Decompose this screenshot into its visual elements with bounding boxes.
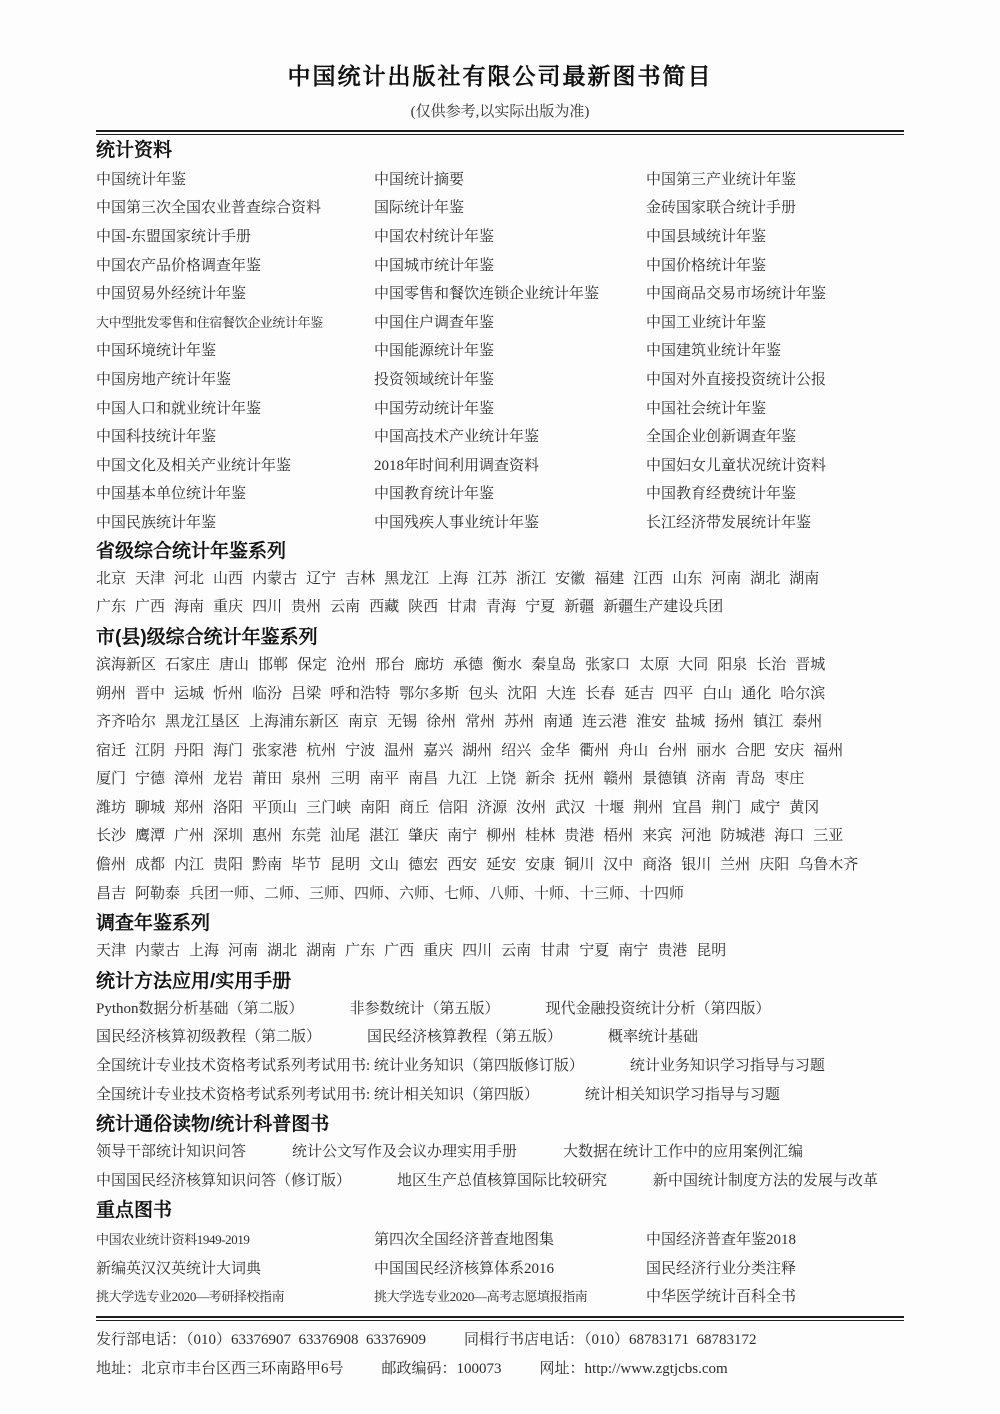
book-title: 中国妇女儿童状况统计资料 — [646, 454, 904, 475]
book-title: 中国农产品价格调查年鉴 — [96, 254, 374, 275]
region-name: 长治 — [756, 651, 786, 680]
book-line: Python数据分析基础（第二版）非参数统计（第五版）现代金融投资统计分析（第四… — [96, 995, 904, 1024]
book-title: 中国县域统计年鉴 — [646, 225, 904, 246]
region-name: 广州 — [174, 822, 204, 851]
region-name: 海南 — [174, 593, 204, 622]
region-name: 泉州 — [291, 765, 321, 794]
book-row: 中国第三次全国农业普查综合资料国际统计年鉴金砖国家联合统计手册 — [96, 193, 904, 222]
region-name: 徐州 — [426, 708, 456, 737]
region-name: 吉林 — [345, 565, 375, 594]
region-name: 泰州 — [792, 708, 822, 737]
region-name: 宁波 — [345, 737, 375, 766]
book-title: 新中国统计制度方法的发展与改革 — [653, 1167, 878, 1196]
region-name: 常州 — [465, 708, 495, 737]
region-name: 枣庄 — [774, 765, 804, 794]
region-name: 石家庄 — [165, 651, 210, 680]
region-name: 防城港 — [720, 822, 765, 851]
region-name: 鄂尔多斯 — [399, 680, 459, 709]
section-heading: 重点图书 — [96, 1197, 904, 1224]
region-line: 昌吉阿勒泰兵团一师、二师、三师、四师、六师、七师、八师、十师、十三师、十四师 — [96, 880, 904, 909]
region-name: 贵州 — [291, 593, 321, 622]
region-name: 宁德 — [135, 765, 165, 794]
book-title: 长江经济带发展统计年鉴 — [646, 511, 904, 532]
region-line: 广东广西海南重庆四川贵州云南西藏陕西甘肃青海宁夏新疆新疆生产建设兵团 — [96, 593, 904, 622]
region-name: 信阳 — [438, 794, 468, 823]
region-name: 台州 — [657, 737, 687, 766]
book-row: 中国环境统计年鉴中国能源统计年鉴中国建筑业统计年鉴 — [96, 336, 904, 365]
book-title: 中国教育统计年鉴 — [374, 482, 646, 503]
region-name: 黔南 — [252, 851, 282, 880]
book-title: 全国统计专业技术资格考试系列考试用书: 统计业务知识（第四版修订版） — [96, 1052, 584, 1081]
region-line: 滨海新区石家庄唐山邯郸保定沧州邢台廊坊承德衡水秦皇岛张家口太原大同阳泉长治晋城 — [96, 651, 904, 680]
region-name: 阿勒泰 — [135, 880, 180, 909]
book-title: 中国高技术产业统计年鉴 — [374, 425, 646, 446]
book-title: 中国-东盟国家统计手册 — [96, 225, 374, 246]
book-title: 中国社会统计年鉴 — [646, 397, 904, 418]
book-row: 中国-东盟国家统计手册中国农村统计年鉴中国县域统计年鉴 — [96, 221, 904, 250]
book-title: 挑大学选专业2020—考研择校指南 — [96, 1286, 374, 1305]
region-name: 无锡 — [387, 708, 417, 737]
region-name: 来宾 — [642, 822, 672, 851]
region-name: 滨海新区 — [96, 651, 156, 680]
region-name: 三明 — [330, 765, 360, 794]
section-heading: 省级综合统计年鉴系列 — [96, 538, 904, 565]
region-line: 北京天津河北山西内蒙古辽宁吉林黑龙江上海江苏浙江安徽福建江西山东河南湖北湖南 — [96, 565, 904, 594]
region-name: 齐齐哈尔 — [96, 708, 156, 737]
region-name: 邢台 — [375, 651, 405, 680]
book-line: 中国国民经济核算知识问答（修订版）地区生产总值核算国际比较研究新中国统计制度方法… — [96, 1167, 904, 1196]
region-name: 承德 — [453, 651, 483, 680]
region-name: 贵港 — [564, 822, 594, 851]
section-heading: 统计通俗读物/统计科普图书 — [96, 1111, 904, 1138]
region-name: 上饶 — [486, 765, 516, 794]
region-name: 内江 — [174, 851, 204, 880]
region-name: 西安 — [447, 851, 477, 880]
region-name: 青海 — [486, 593, 516, 622]
footer: 发行部电话：（010）63376907 63376908 63376909同楫行… — [96, 1321, 904, 1383]
region-name: 上海浦东新区 — [249, 708, 339, 737]
region-name: 镇江 — [753, 708, 783, 737]
section-heading: 调查年鉴系列 — [96, 910, 904, 937]
region-name: 昆明 — [696, 937, 726, 966]
region-name: 成都 — [135, 851, 165, 880]
region-name: 衢州 — [579, 737, 609, 766]
region-name: 莆田 — [252, 765, 282, 794]
region-name: 云南 — [501, 937, 531, 966]
region-name: 黑龙江 — [384, 565, 429, 594]
region-name: 黑龙江垦区 — [165, 708, 240, 737]
region-name: 丹阳 — [174, 737, 204, 766]
book-title: Python数据分析基础（第二版） — [96, 995, 304, 1024]
region-name: 张家港 — [252, 737, 297, 766]
book-title: 中国第三次全国农业普查综合资料 — [96, 196, 374, 217]
region-line: 齐齐哈尔黑龙江垦区上海浦东新区南京无锡徐州常州苏州南通连云港淮安盐城扬州镇江泰州 — [96, 708, 904, 737]
book-title: 国民经济行业分类注释 — [646, 1257, 904, 1278]
book-title: 中国农业统计资料1949-2019 — [96, 1229, 374, 1248]
region-name: 大同 — [678, 651, 708, 680]
region-name: 昆明 — [330, 851, 360, 880]
region-name: 包头 — [468, 680, 498, 709]
region-name: 嘉兴 — [423, 737, 453, 766]
region-name: 昌吉 — [96, 880, 126, 909]
book-line: 领导干部统计知识问答统计公文写作及会议办理实用手册大数据在统计工作中的应用案例汇… — [96, 1138, 904, 1167]
book-title: 中国住户调查年鉴 — [374, 311, 646, 332]
region-name: 浙江 — [516, 565, 546, 594]
region-name: 咸宁 — [750, 794, 780, 823]
region-name: 河池 — [681, 822, 711, 851]
book-title: 国民经济核算教程（第五版） — [367, 1023, 562, 1052]
region-name: 甘肃 — [447, 593, 477, 622]
book-title: 中国建筑业统计年鉴 — [646, 339, 904, 360]
book-title: 中国城市统计年鉴 — [374, 254, 646, 275]
book-title: 中国国民经济核算知识问答（修订版） — [96, 1167, 351, 1196]
footer-line: 地址：北京市丰台区西三环南路甲6号邮政编码：100073网址：http://ww… — [96, 1355, 904, 1384]
region-name: 济南 — [696, 765, 726, 794]
book-title: 中国人口和就业统计年鉴 — [96, 397, 374, 418]
region-name: 深圳 — [213, 822, 243, 851]
region-name: 南京 — [348, 708, 378, 737]
region-name: 宁夏 — [525, 593, 555, 622]
book-title: 中国教育经费统计年鉴 — [646, 482, 904, 503]
region-name: 宿迁 — [96, 737, 126, 766]
region-name: 贵港 — [657, 937, 687, 966]
region-name: 苏州 — [504, 708, 534, 737]
book-title: 大数据在统计工作中的应用案例汇编 — [563, 1138, 803, 1167]
region-name: 铜川 — [564, 851, 594, 880]
book-row: 中国房地产统计年鉴投资领域统计年鉴中国对外直接投资统计公报 — [96, 364, 904, 393]
region-name: 新疆生产建设兵团 — [603, 593, 723, 622]
region-name: 山西 — [213, 565, 243, 594]
book-title: 中国统计摘要 — [374, 168, 646, 189]
book-row: 中国基本单位统计年鉴中国教育统计年鉴中国教育经费统计年鉴 — [96, 479, 904, 508]
region-name: 贵阳 — [213, 851, 243, 880]
book-row: 中国民族统计年鉴中国残疾人事业统计年鉴长江经济带发展统计年鉴 — [96, 507, 904, 536]
book-title: 中国科技统计年鉴 — [96, 425, 374, 446]
book-title: 中国零售和餐饮连锁企业统计年鉴 — [374, 282, 646, 303]
footer-item: 地址：北京市丰台区西三环南路甲6号 — [96, 1355, 344, 1384]
book-title: 中国商品交易市场统计年鉴 — [646, 282, 904, 303]
region-name: 江阴 — [135, 737, 165, 766]
region-name: 延吉 — [624, 680, 654, 709]
region-name: 三门峡 — [306, 794, 351, 823]
region-name: 山东 — [672, 565, 702, 594]
region-name: 天津 — [135, 565, 165, 594]
region-line: 儋州成都内江贵阳黔南毕节昆明文山德宏西安延安安康铜川汉中商洛银川兰州庆阳乌鲁木齐 — [96, 851, 904, 880]
region-name: 唐山 — [219, 651, 249, 680]
region-name: 兰州 — [720, 851, 750, 880]
region-name: 哈尔滨 — [780, 680, 825, 709]
book-title: 现代金融投资统计分析（第四版） — [546, 995, 771, 1024]
region-name: 厦门 — [96, 765, 126, 794]
region-name: 郑州 — [174, 794, 204, 823]
region-name: 江苏 — [477, 565, 507, 594]
region-name: 丽水 — [696, 737, 726, 766]
book-title: 概率统计基础 — [608, 1023, 698, 1052]
book-title: 中国残疾人事业统计年鉴 — [374, 511, 646, 532]
region-name: 新疆 — [564, 593, 594, 622]
region-name: 扬州 — [714, 708, 744, 737]
region-name: 南阳 — [360, 794, 390, 823]
region-name: 温州 — [384, 737, 414, 766]
region-name: 海门 — [213, 737, 243, 766]
region-name: 长春 — [585, 680, 615, 709]
region-name: 延安 — [486, 851, 516, 880]
book-title: 中国工业统计年鉴 — [646, 311, 904, 332]
region-name: 湛江 — [369, 822, 399, 851]
book-row: 中国人口和就业统计年鉴中国劳动统计年鉴中国社会统计年鉴 — [96, 393, 904, 422]
region-name: 商洛 — [642, 851, 672, 880]
region-name: 九江 — [447, 765, 477, 794]
region-name: 黄冈 — [789, 794, 819, 823]
region-name: 舟山 — [618, 737, 648, 766]
region-name: 平顶山 — [252, 794, 297, 823]
catalog-page: 中国统计出版社有限公司最新图书简目 (仅供参考,以实际出版为准) 统计资料中国统… — [0, 0, 1000, 1414]
book-title: 大中型批发零售和住宿餐饮企业统计年鉴 — [96, 312, 374, 331]
region-name: 济源 — [477, 794, 507, 823]
region-name: 桂林 — [525, 822, 555, 851]
region-name: 安康 — [525, 851, 555, 880]
region-name: 十堰 — [594, 794, 624, 823]
book-title: 中国文化及相关产业统计年鉴 — [96, 454, 374, 475]
region-name: 广东 — [345, 937, 375, 966]
region-name: 晋城 — [795, 651, 825, 680]
region-name: 合肥 — [735, 737, 765, 766]
region-name: 汕尾 — [330, 822, 360, 851]
region-name: 广西 — [384, 937, 414, 966]
region-name: 沈阳 — [507, 680, 537, 709]
region-name: 秦皇岛 — [531, 651, 576, 680]
region-name: 廊坊 — [414, 651, 444, 680]
section-heading: 统计资料 — [96, 137, 904, 164]
region-name: 德宏 — [408, 851, 438, 880]
region-name: 鹰潭 — [135, 822, 165, 851]
region-name: 南宁 — [447, 822, 477, 851]
section-heading: 市(县)级综合统计年鉴系列 — [96, 624, 904, 651]
region-line: 天津内蒙古上海河南湖北湖南广东广西重庆四川云南甘肃宁夏南宁贵港昆明 — [96, 937, 904, 966]
book-title: 中国环境统计年鉴 — [96, 339, 374, 360]
region-name: 江西 — [633, 565, 663, 594]
region-name: 漳州 — [174, 765, 204, 794]
book-title: 挑大学选专业2020—高考志愿填报指南 — [374, 1286, 646, 1305]
region-name: 肇庆 — [408, 822, 438, 851]
region-name: 汝州 — [516, 794, 546, 823]
region-name: 阳泉 — [717, 651, 747, 680]
region-name: 东莞 — [291, 822, 321, 851]
region-line: 潍坊聊城郑州洛阳平顶山三门峡南阳商丘信阳济源汝州武汉十堰荆州宜昌荆门咸宁黄冈 — [96, 794, 904, 823]
region-name: 新余 — [525, 765, 555, 794]
region-name: 云南 — [330, 593, 360, 622]
region-name: 天津 — [96, 937, 126, 966]
book-line: 全国统计专业技术资格考试系列考试用书: 统计业务知识（第四版修订版）统计业务知识… — [96, 1052, 904, 1081]
region-name: 宜昌 — [672, 794, 702, 823]
book-row: 新编英汉汉英统计大词典中国国民经济核算体系2016国民经济行业分类注释 — [96, 1253, 904, 1282]
region-name: 四川 — [252, 593, 282, 622]
book-line: 国民经济核算初级教程（第二版）国民经济核算教程（第五版）概率统计基础 — [96, 1023, 904, 1052]
section-heading: 统计方法应用/实用手册 — [96, 968, 904, 995]
region-name: 呼和浩特 — [330, 680, 390, 709]
region-name: 赣州 — [603, 765, 633, 794]
region-line: 宿迁江阴丹阳海门张家港杭州宁波温州嘉兴湖州绍兴金华衢州舟山台州丽水合肥安庆福州 — [96, 737, 904, 766]
region-name: 兵团一师、二师、三师、四师、六师、七师、八师、十师、十三师、十四师 — [189, 880, 684, 909]
region-name: 青岛 — [735, 765, 765, 794]
book-title: 统计公文写作及会议办理实用手册 — [292, 1138, 517, 1167]
book-title: 金砖国家联合统计手册 — [646, 196, 904, 217]
book-title: 投资领域统计年鉴 — [374, 368, 646, 389]
region-name: 广西 — [135, 593, 165, 622]
region-name: 安庆 — [774, 737, 804, 766]
region-name: 南通 — [543, 708, 573, 737]
region-name: 绍兴 — [501, 737, 531, 766]
region-name: 湖北 — [750, 565, 780, 594]
region-name: 宁夏 — [579, 937, 609, 966]
region-name: 南昌 — [408, 765, 438, 794]
region-name: 甘肃 — [540, 937, 570, 966]
region-name: 忻州 — [213, 680, 243, 709]
book-title: 中国民族统计年鉴 — [96, 511, 374, 532]
page-content: 中国统计出版社有限公司最新图书简目 (仅供参考,以实际出版为准) 统计资料中国统… — [0, 0, 1000, 1383]
book-title: 第四次全国经济普查地图集 — [374, 1228, 646, 1249]
region-name: 惠州 — [252, 822, 282, 851]
book-title: 地区生产总值核算国际比较研究 — [397, 1167, 607, 1196]
region-name: 连云港 — [582, 708, 627, 737]
region-name: 淮安 — [636, 708, 666, 737]
book-row: 中国统计年鉴中国统计摘要中国第三产业统计年鉴 — [96, 164, 904, 193]
region-name: 邯郸 — [258, 651, 288, 680]
footer-item: 网址：http://www.zgtjcbs.com — [540, 1355, 728, 1384]
region-name: 四川 — [462, 937, 492, 966]
book-title: 非参数统计（第五版） — [350, 995, 500, 1024]
region-name: 太原 — [639, 651, 669, 680]
sections-container: 统计资料中国统计年鉴中国统计摘要中国第三产业统计年鉴中国第三次全国农业普查综合资… — [96, 137, 904, 1310]
book-title: 2018年时间利用调查资料 — [374, 454, 646, 475]
region-name: 杭州 — [306, 737, 336, 766]
region-name: 运城 — [174, 680, 204, 709]
region-name: 晋中 — [135, 680, 165, 709]
region-name: 临汾 — [252, 680, 282, 709]
region-name: 梧州 — [603, 822, 633, 851]
book-title: 统计业务知识学习指导与习题 — [630, 1052, 825, 1081]
book-line: 全国统计专业技术资格考试系列考试用书: 统计相关知识（第四版）统计相关知识学习指… — [96, 1081, 904, 1110]
page-subtitle: (仅供参考,以实际出版为准) — [96, 100, 904, 121]
region-line: 长沙鹰潭广州深圳惠州东莞汕尾湛江肇庆南宁柳州桂林贵港梧州来宾河池防城港海口三亚 — [96, 822, 904, 851]
book-title: 中华医学统计百科全书 — [646, 1285, 904, 1306]
region-name: 张家口 — [585, 651, 630, 680]
region-name: 荆门 — [711, 794, 741, 823]
book-title: 中国基本单位统计年鉴 — [96, 482, 374, 503]
region-name: 通化 — [741, 680, 771, 709]
region-name: 柳州 — [486, 822, 516, 851]
book-title: 中国能源统计年鉴 — [374, 339, 646, 360]
book-title: 国际统计年鉴 — [374, 196, 646, 217]
top-divider — [96, 130, 904, 135]
region-name: 重庆 — [423, 937, 453, 966]
region-name: 湖南 — [789, 565, 819, 594]
region-name: 西藏 — [369, 593, 399, 622]
book-row: 中国农产品价格调查年鉴中国城市统计年鉴中国价格统计年鉴 — [96, 250, 904, 279]
region-line: 厦门宁德漳州龙岩莆田泉州三明南平南昌九江上饶新余抚州赣州景德镇济南青岛枣庄 — [96, 765, 904, 794]
book-title: 全国企业创新调查年鉴 — [646, 425, 904, 446]
book-row: 中国科技统计年鉴中国高技术产业统计年鉴全国企业创新调查年鉴 — [96, 421, 904, 450]
region-name: 上海 — [438, 565, 468, 594]
region-name: 内蒙古 — [252, 565, 297, 594]
region-name: 南宁 — [618, 937, 648, 966]
region-name: 衡水 — [492, 651, 522, 680]
region-name: 龙岩 — [213, 765, 243, 794]
footer-item: 同楫行书店电话：（010）68783171 68783172 — [464, 1326, 757, 1355]
region-name: 四平 — [663, 680, 693, 709]
region-name: 洛阳 — [213, 794, 243, 823]
book-title: 中国价格统计年鉴 — [646, 254, 904, 275]
region-name: 荆州 — [633, 794, 663, 823]
region-name: 银川 — [681, 851, 711, 880]
region-name: 汉中 — [603, 851, 633, 880]
region-name: 潍坊 — [96, 794, 126, 823]
region-line: 朔州晋中运城忻州临汾吕梁呼和浩特鄂尔多斯包头沈阳大连长春延吉四平白山通化哈尔滨 — [96, 680, 904, 709]
region-name: 河南 — [711, 565, 741, 594]
region-name: 金华 — [540, 737, 570, 766]
region-name: 福建 — [594, 565, 624, 594]
book-title: 领导干部统计知识问答 — [96, 1138, 246, 1167]
region-name: 盐城 — [675, 708, 705, 737]
book-row: 大中型批发零售和住宿餐饮企业统计年鉴中国住户调查年鉴中国工业统计年鉴 — [96, 307, 904, 336]
book-title: 中国劳动统计年鉴 — [374, 397, 646, 418]
page-title: 中国统计出版社有限公司最新图书简目 — [96, 0, 904, 91]
footer-item: 邮政编码：100073 — [382, 1355, 502, 1384]
book-title: 统计相关知识学习指导与习题 — [585, 1081, 780, 1110]
book-row: 中国贸易外经统计年鉴中国零售和餐饮连锁企业统计年鉴中国商品交易市场统计年鉴 — [96, 278, 904, 307]
region-name: 武汉 — [555, 794, 585, 823]
region-name: 北京 — [96, 565, 126, 594]
region-name: 儋州 — [96, 851, 126, 880]
footer-line: 发行部电话：（010）63376907 63376908 63376909同楫行… — [96, 1326, 904, 1355]
region-name: 乌鲁木齐 — [798, 851, 858, 880]
book-title: 中国对外直接投资统计公报 — [646, 368, 904, 389]
book-title: 国民经济核算初级教程（第二版） — [96, 1023, 321, 1052]
region-name: 海口 — [774, 822, 804, 851]
region-name: 庆阳 — [759, 851, 789, 880]
region-name: 文山 — [369, 851, 399, 880]
region-name: 辽宁 — [306, 565, 336, 594]
region-name: 南平 — [369, 765, 399, 794]
book-title: 新编英汉汉英统计大词典 — [96, 1257, 374, 1278]
book-title: 中国第三产业统计年鉴 — [646, 168, 904, 189]
book-row: 中国文化及相关产业统计年鉴2018年时间利用调查资料中国妇女儿童状况统计资料 — [96, 450, 904, 479]
book-title: 中国农村统计年鉴 — [374, 225, 646, 246]
book-title: 中国国民经济核算体系2016 — [374, 1257, 646, 1278]
region-name: 湖南 — [306, 937, 336, 966]
region-name: 景德镇 — [642, 765, 687, 794]
region-name: 湖北 — [267, 937, 297, 966]
region-name: 毕节 — [291, 851, 321, 880]
region-name: 吕梁 — [291, 680, 321, 709]
book-title: 中国统计年鉴 — [96, 168, 374, 189]
book-title: 中国经济普查年鉴2018 — [646, 1228, 904, 1249]
book-row: 中国农业统计资料1949-2019第四次全国经济普查地图集中国经济普查年鉴201… — [96, 1224, 904, 1253]
book-title: 全国统计专业技术资格考试系列考试用书: 统计相关知识（第四版） — [96, 1081, 539, 1110]
region-name: 湖州 — [462, 737, 492, 766]
region-name: 商丘 — [399, 794, 429, 823]
region-name: 聊城 — [135, 794, 165, 823]
region-name: 朔州 — [96, 680, 126, 709]
region-name: 沧州 — [336, 651, 366, 680]
region-name: 保定 — [297, 651, 327, 680]
region-name: 广东 — [96, 593, 126, 622]
region-name: 三亚 — [813, 822, 843, 851]
region-name: 内蒙古 — [135, 937, 180, 966]
footer-item: 发行部电话：（010）63376907 63376908 63376909 — [96, 1326, 426, 1355]
region-name: 陕西 — [408, 593, 438, 622]
region-name: 上海 — [189, 937, 219, 966]
